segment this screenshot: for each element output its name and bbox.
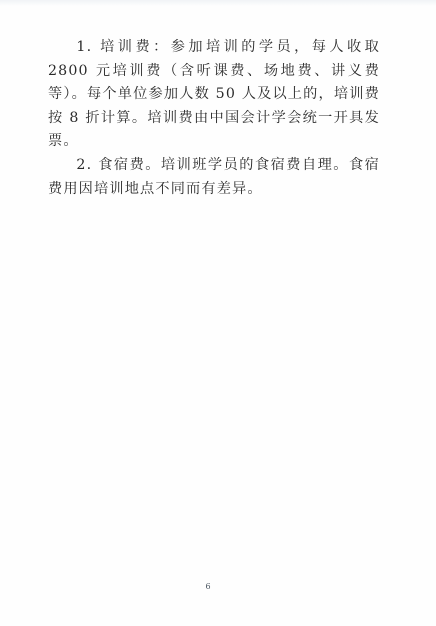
paragraph-training-fee: 1. 培训费：参加培训的学员，每人收取 2800 元培训费（含听课费、场地费、讲…	[48, 36, 380, 154]
document-body: 1. 培训费：参加培训的学员，每人收取 2800 元培训费（含听课费、场地费、讲…	[48, 36, 380, 201]
paragraph-accommodation-fee: 2. 食宿费。培训班学员的食宿费自理。食宿费用因培训地点不同而有差异。	[48, 154, 380, 201]
scan-edge	[0, 0, 436, 6]
page-number: 6	[203, 582, 213, 591]
document-page: 1. 培训费：参加培训的学员，每人收取 2800 元培训费（含听课费、场地费、讲…	[0, 0, 436, 626]
